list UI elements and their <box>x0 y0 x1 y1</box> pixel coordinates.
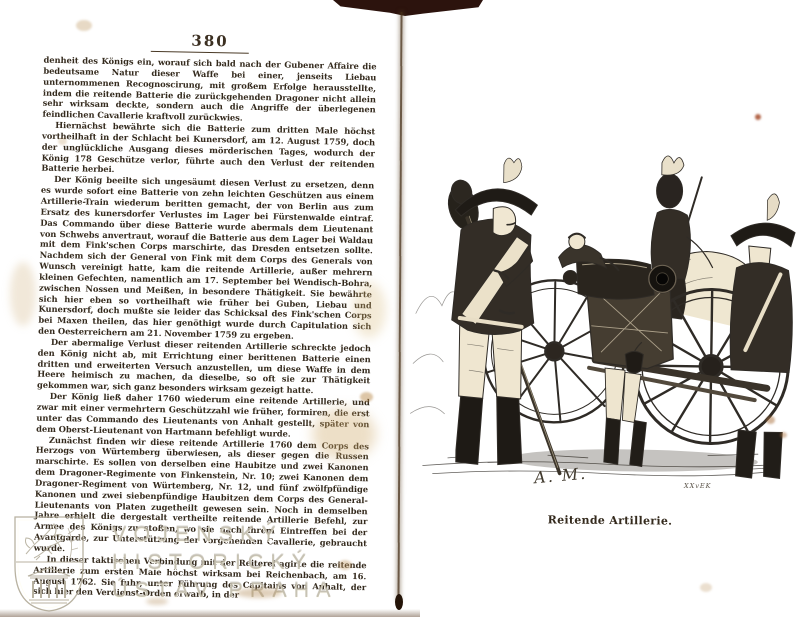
watermark-shield-icon <box>10 514 90 614</box>
library-watermark: VOJENSKÝ HISTORICKÝ ÚSTAV PRAHA <box>10 514 338 614</box>
book-spread-photo: 380 denheit des Königs ein, worauf sich … <box>0 0 800 617</box>
paragraph: Der abermalige Verlust dieser reitenden … <box>37 337 371 398</box>
foxing-spot <box>766 416 775 424</box>
foxing-spot <box>76 20 92 31</box>
engraver-mark: XXvEK <box>684 482 712 490</box>
watermark-text: VOJENSKÝ HISTORICKÝ ÚSTAV PRAHA <box>112 520 338 604</box>
foxing-spot <box>755 114 761 120</box>
foxing-spot <box>338 560 352 570</box>
left-page: 380 denheit des Königs ein, worauf sich … <box>0 0 401 57</box>
paragraph: denheit des Königs ein, worauf sich bald… <box>42 55 376 127</box>
foxing-spot <box>312 408 376 460</box>
foxing-spot <box>58 138 67 145</box>
engraving-reitende-artillerie <box>407 113 797 493</box>
gutter-bottom-shadow <box>395 594 403 610</box>
foxing-spot <box>360 392 373 402</box>
foxing-spot <box>236 588 282 598</box>
page-gutter <box>397 12 402 600</box>
watermark-line: HISTORICKÝ <box>112 548 338 576</box>
page-number-rule <box>151 51 249 54</box>
foxing-spot <box>700 583 712 592</box>
foxing-spot <box>146 598 168 605</box>
paragraph: Der König beeilte sich ungesäumt diesen … <box>38 174 374 343</box>
illustration-caption: Reitende Artillerie. <box>520 513 700 528</box>
foxing-spot <box>780 432 787 438</box>
page-number: 380 <box>44 29 376 54</box>
foxing-spot <box>10 262 36 326</box>
paragraph: Hiernächst bewährte sich die Batterie zu… <box>41 120 375 181</box>
foxing-spot <box>352 282 386 338</box>
watermark-line: VOJENSKÝ <box>112 520 338 548</box>
